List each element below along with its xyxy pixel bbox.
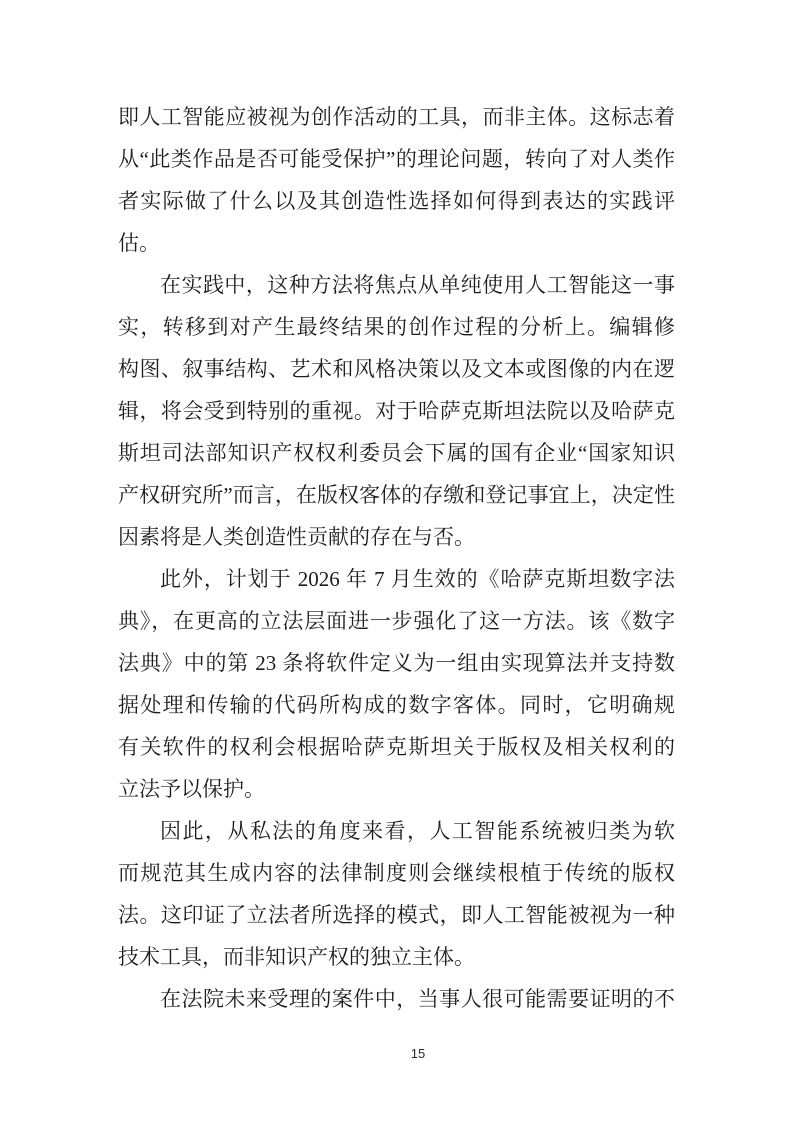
text-line: 据处理和传输的代码所构成的数字客体。同时，它明确规定， [118,684,675,726]
text-line: 法。这印证了立法者所选择的模式，即人工智能被视为一种 [118,894,675,936]
text-line: 典》，在更高的立法层面进一步强化了这一方法。该《数字 [118,600,675,642]
text-line: 因此，从私法的角度来看，人工智能系统被归类为软件， [118,810,675,852]
text-line: 实，转移到对产生最终结果的创作过程的分析上。编辑修订、 [118,306,675,348]
text-line: 估。 [118,222,675,264]
text-line: 产权研究所”而言，在版权客体的存缴和登记事宜上，决定性 [118,474,675,516]
text-line: 法典》中的第 23 条将软件定义为一组由实现算法并支持数 [118,642,675,684]
page-text-block: 即人工智能应被视为创作活动的工具，而非主体。这标志着 从“此类作品是否可能受保护… [118,96,675,1020]
text-line: 此外，计划于 2026 年 7 月生效的《哈萨克斯坦数字法 [118,558,675,600]
text-line: 因素将是人类创造性贡献的存在与否。 [118,516,675,558]
text-line: 而规范其生成内容的法律制度则会继续根植于传统的版权 [118,852,675,894]
paragraph-1: 即人工智能应被视为创作活动的工具，而非主体。这标志着 从“此类作品是否可能受保护… [118,96,675,264]
paragraph-4: 因此，从私法的角度来看，人工智能系统被归类为软件， 而规范其生成内容的法律制度则… [118,810,675,978]
document-page: 即人工智能应被视为创作活动的工具，而非主体。这标志着 从“此类作品是否可能受保护… [0,0,793,1122]
text-line: 从“此类作品是否可能受保护”的理论问题，转向了对人类作 [118,138,675,180]
text-line: 有关软件的权利会根据哈萨克斯坦关于版权及相关权利的 [118,726,675,768]
page-number-label: 15 [378,1046,458,1061]
text-line: 斯坦司法部知识产权权利委员会下属的国有企业“国家知识 [118,432,675,474]
paragraph-3: 此外，计划于 2026 年 7 月生效的《哈萨克斯坦数字法 典》，在更高的立法层… [118,558,675,810]
paragraph-5: 在法院未来受理的案件中，当事人很可能需要证明的不 [118,978,675,1020]
paragraph-2: 在实践中，这种方法将焦点从单纯使用人工智能这一事 实，转移到对产生最终结果的创作… [118,264,675,558]
text-line: 立法予以保护。 [118,768,675,810]
text-line: 即人工智能应被视为创作活动的工具，而非主体。这标志着 [118,96,675,138]
text-line: 在实践中，这种方法将焦点从单纯使用人工智能这一事 [118,264,675,306]
text-line: 在法院未来受理的案件中，当事人很可能需要证明的不 [118,978,675,1020]
text-line: 技术工具，而非知识产权的独立主体。 [118,936,675,978]
text-line: 辑，将会受到特别的重视。对于哈萨克斯坦法院以及哈萨克 [118,390,675,432]
text-line: 构图、叙事结构、艺术和风格决策以及文本或图像的内在逻 [118,348,675,390]
text-line: 者实际做了什么以及其创造性选择如何得到表达的实践评 [118,180,675,222]
